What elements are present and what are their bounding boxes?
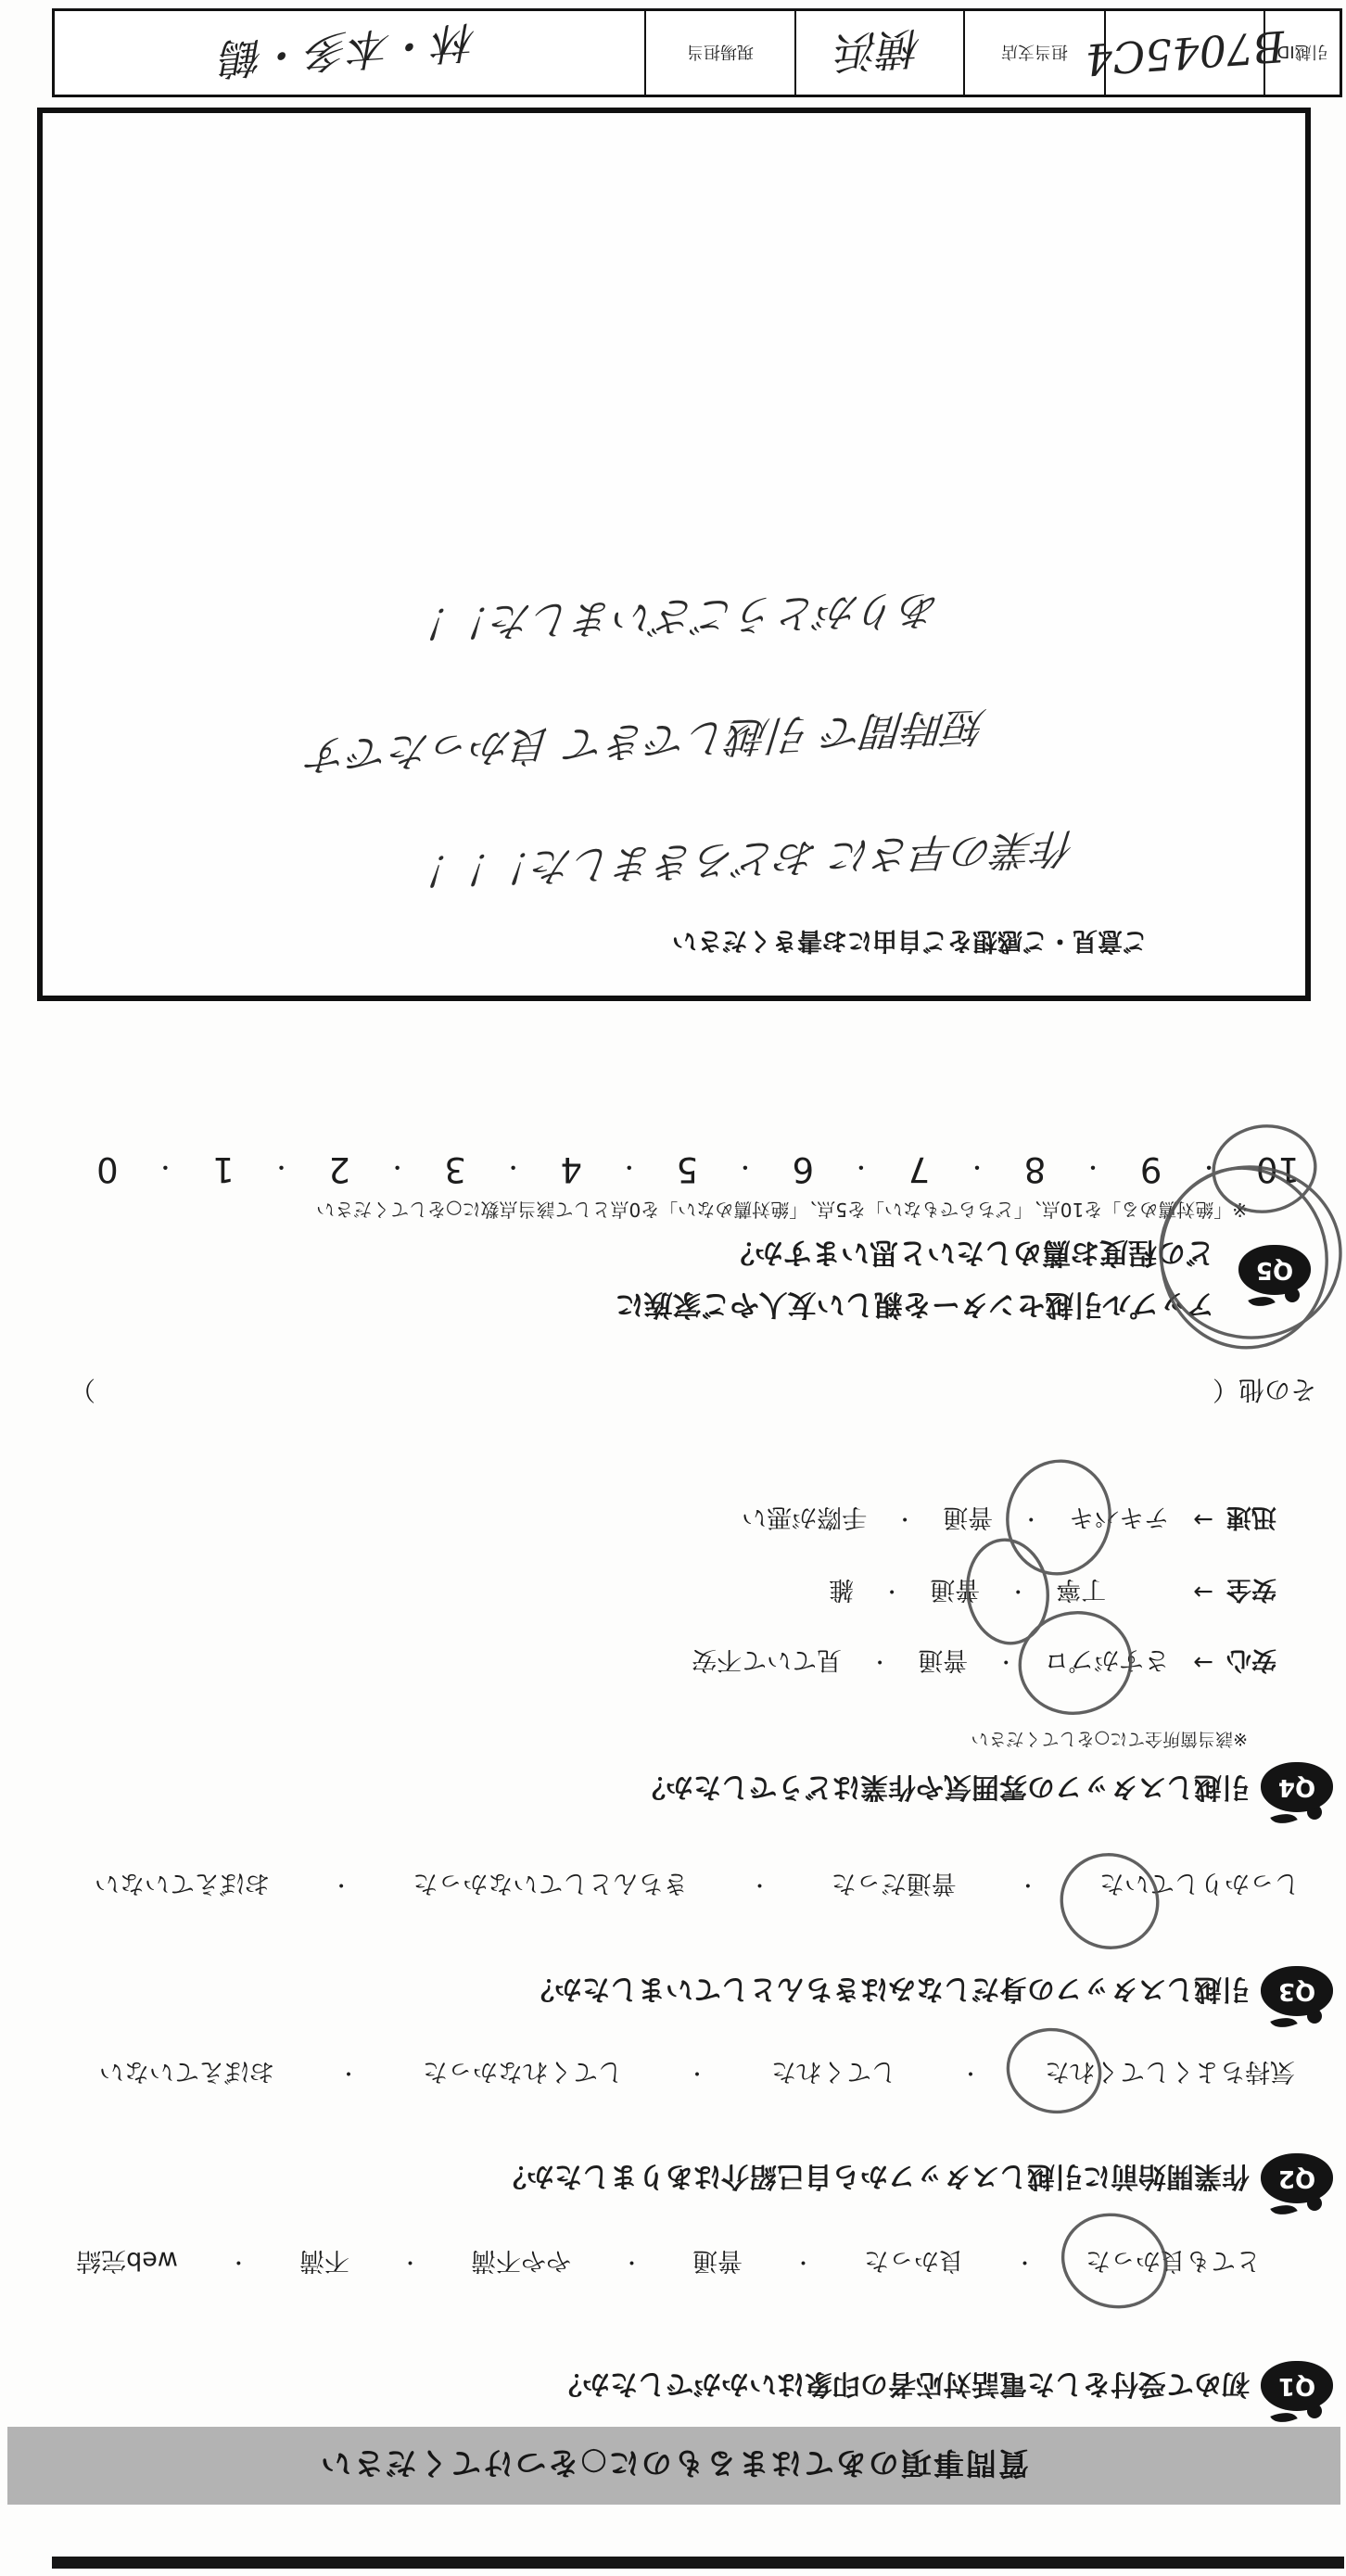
- arrow-icon: →: [1193, 1579, 1213, 1606]
- q2-badge: Q2: [1261, 2153, 1333, 2213]
- dot-separator: ・: [228, 2249, 248, 2278]
- q5-title-line2: どの程度お薦めしたいと思いますか？: [726, 1235, 1214, 1276]
- dot-separator: ・: [1014, 2249, 1035, 2278]
- scale-8: 8: [1024, 1149, 1047, 1189]
- q4-other-label: その他: [1238, 1373, 1316, 1410]
- q4-row1-label: 安心: [1226, 1644, 1276, 1681]
- dot-separator: ・: [882, 1578, 902, 1606]
- scale-3: 3: [444, 1149, 466, 1189]
- move-id-handwritten: B7045C4: [1084, 21, 1287, 85]
- q2-title: 作業開始前に引越しスタッフから自己紹介はありましたか？: [499, 2159, 1250, 2200]
- scale-2: 2: [328, 1149, 350, 1189]
- q4-row2-option-2: 普通: [930, 1574, 980, 1610]
- dot-separator: ・: [502, 1153, 525, 1186]
- q2-option-1: 気持ちよくしてくれた: [1045, 2056, 1295, 2092]
- q4-row3-label: 迅速: [1226, 1502, 1276, 1538]
- q1-option-6: web完結: [76, 2245, 178, 2281]
- q4-row1-option-2: 普通: [918, 1644, 968, 1681]
- q4-badge-label: Q4: [1278, 1773, 1315, 1801]
- branch-label: 担当支店: [1001, 41, 1068, 65]
- q2-badge-label: Q2: [1278, 2164, 1315, 2192]
- dot-separator: ・: [895, 1505, 915, 1534]
- q3-option-1: しっかりしていた: [1099, 1868, 1300, 1904]
- scale-0: 0: [96, 1149, 119, 1189]
- scanned-questionnaire-page: 質問事項のあてはまるものに○をつけてください Q1 初めて受付をした電話対応者の…: [0, 0, 1346, 2576]
- q1-option-2: 良かった: [864, 2245, 964, 2281]
- dot-separator: ・: [400, 2249, 420, 2278]
- q2-option-4: おぼえていない: [99, 2056, 274, 2092]
- crew-label: 現場担当: [687, 41, 754, 65]
- dot-separator: ・: [996, 1648, 1016, 1677]
- q3-option-4: おぼえていない: [95, 1868, 270, 1904]
- dot-separator: ・: [687, 2060, 707, 2088]
- q4-row-anzen: 安全 → 丁寧 ・ 普通 ・ 雑: [829, 1574, 1276, 1610]
- q5-score-scale: 10・ 9・ 8・ 7・ 6・ 5・ 4・ 3・ 2・ 1・ 0: [96, 1149, 1300, 1189]
- q1-badge-label: Q1: [1278, 2372, 1315, 2400]
- scale-1: 1: [212, 1149, 235, 1189]
- dot-separator: ・: [1008, 1578, 1028, 1606]
- q4-row2-label: 安全: [1226, 1574, 1276, 1610]
- scale-9: 9: [1140, 1149, 1162, 1189]
- q4-row-anshin: 安心 → さすがプロ ・ 普通 ・ 見ていて不安: [692, 1644, 1276, 1681]
- q4-row1-option-3: 見ていて不安: [692, 1644, 842, 1681]
- q4-row2-option-3: 雑: [829, 1574, 854, 1610]
- q4-row3-option-2: 普通: [943, 1502, 993, 1538]
- instruction-bar: 質問事項のあてはまるものに○をつけてください: [7, 2427, 1340, 2505]
- dot-separator: ・: [331, 1872, 351, 1900]
- q1-title: 初めて受付をした電話対応者の印象はいかがでしたか？: [554, 2367, 1250, 2407]
- dot-separator: ・: [734, 1153, 756, 1186]
- q1-option-1: とても良かった: [1086, 2245, 1261, 2281]
- scan-edge-artifact: [52, 2557, 1344, 2569]
- open-paren: （: [1213, 1373, 1238, 1410]
- arrow-icon: →: [1193, 1506, 1213, 1534]
- q5-badge-label: Q5: [1256, 1256, 1293, 1284]
- dot-separator: ・: [387, 1153, 409, 1186]
- q1-options: とても良かった・ 良かった・ 普通・ やや不満・ 不満・ web完結: [76, 2245, 1261, 2281]
- dot-separator: ・: [1082, 1153, 1104, 1186]
- q4-row1-option-1: さすがプロ: [1044, 1644, 1169, 1681]
- branch-handwritten: 横浜: [835, 19, 924, 86]
- arrow-icon: →: [1193, 1649, 1213, 1677]
- close-paren: ）: [70, 1373, 95, 1410]
- q1-option-3: 普通: [692, 2245, 743, 2281]
- dot-separator: ・: [271, 1153, 293, 1186]
- instruction-text: 質問事項のあてはまるものに○をつけてください: [319, 2444, 1029, 2488]
- crew-handwritten: 林・本多・鶴: [220, 13, 479, 92]
- comment-heading: ご意見・ご感想をご自由にお書きください: [672, 925, 1148, 961]
- q2-option-3: してくれなかった: [423, 2056, 623, 2092]
- q4-row3-option-1: テキパキ: [1069, 1502, 1169, 1538]
- q3-badge: Q3: [1261, 1966, 1333, 2025]
- q4-other-row: その他 （ ）: [70, 1373, 1316, 1410]
- dot-separator: ・: [750, 1872, 770, 1900]
- dot-separator: ・: [966, 1153, 988, 1186]
- dot-separator: ・: [618, 1153, 641, 1186]
- q1-option-4: やや不満: [471, 2245, 571, 2281]
- q4-row-jinsoku: 迅速 → テキパキ ・ 普通 ・ 手際が悪い: [742, 1502, 1276, 1538]
- q1-badge: Q1: [1261, 2361, 1333, 2420]
- scale-6: 6: [793, 1149, 815, 1189]
- q5-note: ※「絶対薦める」を10点、「どちらでもない」を5点、「絶対薦めない」を0点として…: [316, 1198, 1248, 1225]
- q2-options: 気持ちよくしてくれた・ してくれた・ してくれなかった・ おぼえていない: [99, 2056, 1295, 2092]
- q5-badge: Q5: [1238, 1245, 1311, 1304]
- q3-badge-label: Q3: [1278, 1977, 1315, 2005]
- q4-title: 引越しスタッフの雰囲気や作業はどうでしたか？: [638, 1770, 1250, 1810]
- q4-row2-option-1: 丁寧: [1056, 1574, 1106, 1610]
- staff-info-table: 引越ID B7045C4 担当支店 横浜 現場担当 林・本多・鶴: [52, 8, 1342, 97]
- q4-note: ※該当箇所全てに○をしてください: [971, 1728, 1249, 1753]
- upside-down-sheet: 質問事項のあてはまるものに○をつけてください Q1 初めて受付をした電話対応者の…: [0, 0, 1346, 2576]
- dot-separator: ・: [1198, 1153, 1220, 1186]
- dot-separator: ・: [1021, 1505, 1041, 1534]
- dot-separator: ・: [621, 2249, 641, 2278]
- dot-separator: ・: [1018, 1872, 1038, 1900]
- q3-option-2: 普通だった: [832, 1868, 957, 1904]
- dot-separator: ・: [338, 2060, 359, 2088]
- dot-separator: ・: [870, 1648, 890, 1677]
- q3-option-3: きちんとしていなかった: [413, 1868, 688, 1904]
- dot-separator: ・: [154, 1153, 176, 1186]
- q3-title: 引越しスタッフの身だしなみはきちんとしていましたか？: [527, 1972, 1250, 2012]
- scale-4: 4: [560, 1149, 582, 1189]
- q1-option-5: 不満: [299, 2245, 349, 2281]
- q5-title-line1: アップル引越センターを親しい友人やご家族に: [616, 1287, 1214, 1328]
- q3-options: しっかりしていた・ 普通だった・ きちんとしていなかった・ おぼえていない: [95, 1868, 1300, 1904]
- q2-option-2: してくれた: [771, 2056, 896, 2092]
- scale-5: 5: [677, 1149, 699, 1189]
- q4-badge: Q4: [1261, 1762, 1333, 1821]
- dot-separator: ・: [793, 2249, 813, 2278]
- dot-separator: ・: [960, 2060, 981, 2088]
- scale-7: 7: [908, 1149, 931, 1189]
- dot-separator: ・: [850, 1153, 872, 1186]
- scale-10: 10: [1256, 1149, 1300, 1189]
- q4-row3-option-3: 手際が悪い: [742, 1502, 867, 1538]
